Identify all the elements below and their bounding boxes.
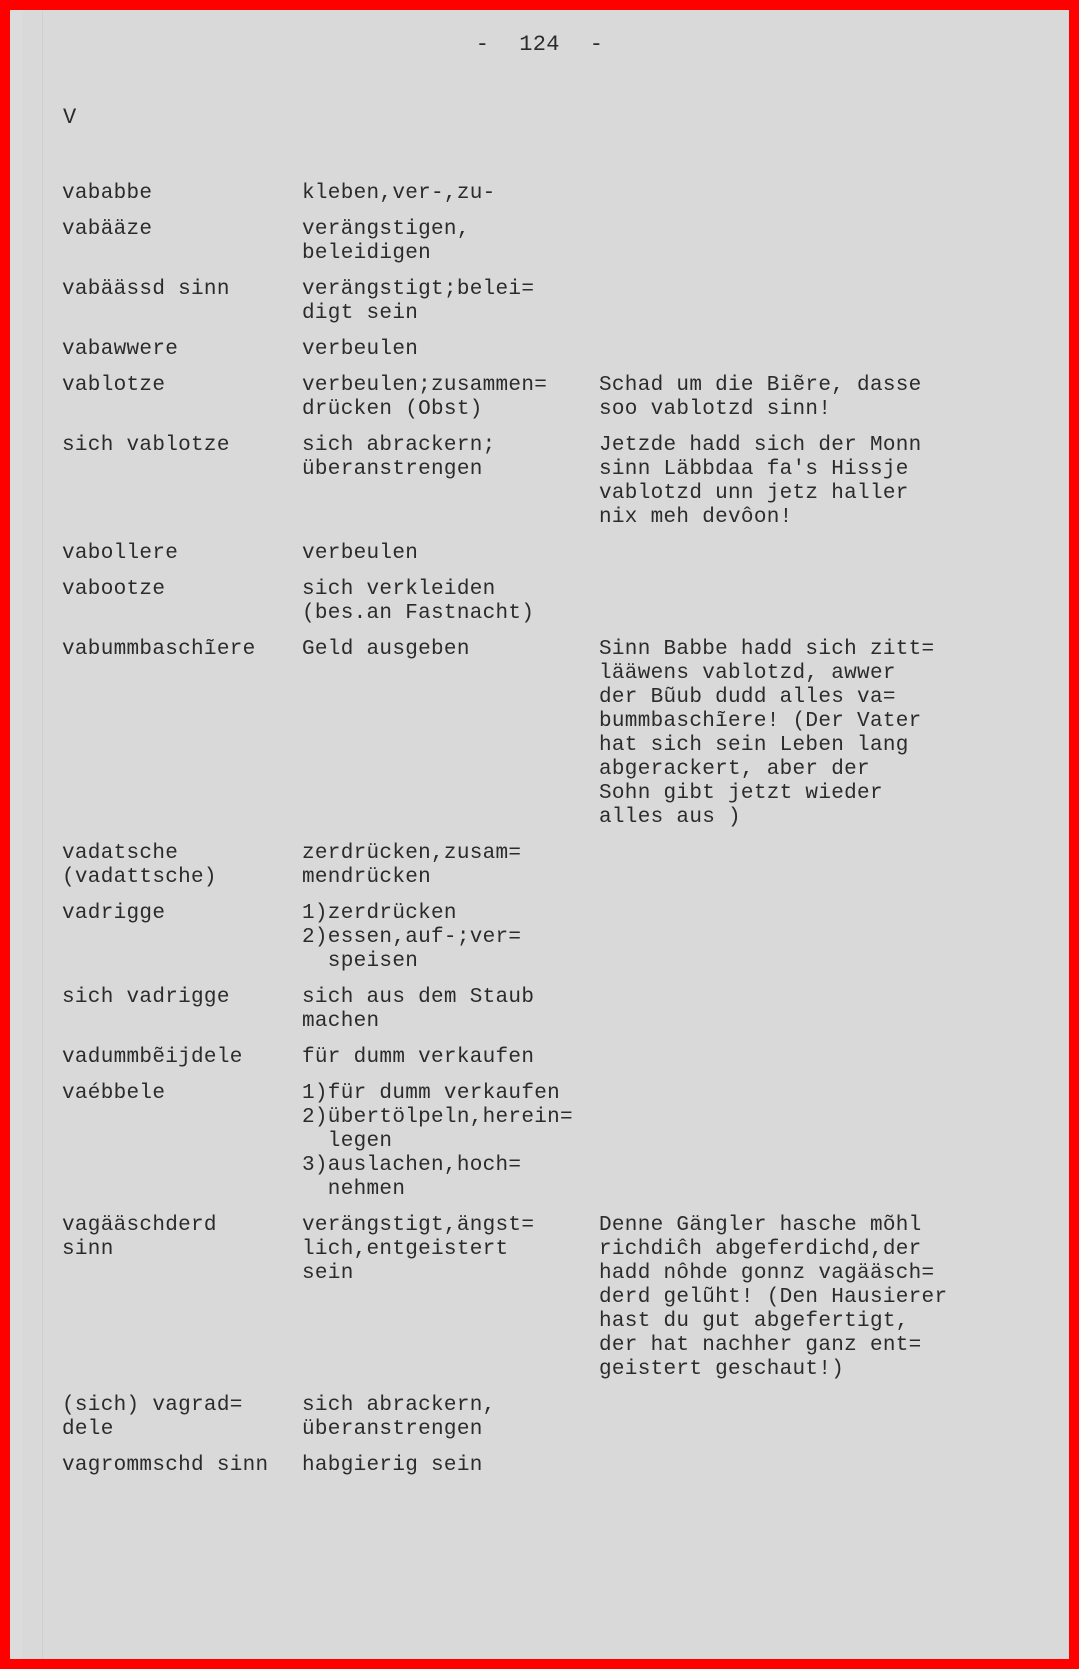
entry-headword-line: vaébbele <box>62 1082 302 1106</box>
entry-headword: vadatsche(vadattsche) <box>62 842 302 890</box>
entry-definition-line: verängstigt;belei= <box>302 278 599 302</box>
entry-definition-line: verängstigen, <box>302 218 599 242</box>
entry-headword-line: vagääschderd <box>62 1214 302 1238</box>
entry-headword-line: vabummbaschĩere <box>62 638 302 662</box>
dictionary-entry: vadatsche(vadattsche)zerdrücken,zusam=me… <box>62 842 1062 890</box>
entry-example <box>599 1046 999 1070</box>
entry-example <box>599 218 999 266</box>
entry-definition: verbeulen <box>302 542 599 566</box>
entry-example <box>599 542 999 566</box>
entry-definition-line: sich abrackern; <box>302 434 599 458</box>
entry-definition-line: mendrücken <box>302 866 599 890</box>
dictionary-entry: vababbekleben,ver-,zu- <box>62 182 1062 206</box>
entry-definition-line: speisen <box>302 950 599 974</box>
entry-example <box>599 182 999 206</box>
entry-definition-line: drücken (Obst) <box>302 398 599 422</box>
entry-definition-line: 1)für dumm verkaufen <box>302 1082 599 1106</box>
entry-headword-line: (vadattsche) <box>62 866 302 890</box>
entry-example-line: vablotzd unn jetz haller <box>599 482 999 506</box>
entry-definition-line: lich,entgeistert <box>302 1238 599 1262</box>
entry-example: Sinn Babbe hadd sich zitt=lääwens vablot… <box>599 638 999 830</box>
entry-definition: verbeulen;zusammen=drücken (Obst) <box>302 374 599 422</box>
entry-example-line: Schad um die Biẽre, dasse <box>599 374 999 398</box>
entry-headword: vabawwere <box>62 338 302 362</box>
dictionary-entry: vabääzeverängstigen,beleidigen <box>62 218 1062 266</box>
entry-example-line: Denne Gängler hasche mõhl <box>599 1214 999 1238</box>
entry-example <box>599 986 999 1034</box>
entry-example-line: hast du gut abgefertigt, <box>599 1310 999 1334</box>
page-number-dash-left: - <box>476 33 490 57</box>
entry-headword-line: vabollere <box>62 542 302 566</box>
entry-example-line: derd gelũht! (Den Hausierer <box>599 1286 999 1310</box>
dictionary-entry: vabootzesich verkleiden(bes.an Fastnacht… <box>62 578 1062 626</box>
entry-example-line: geistert geschaut!) <box>599 1358 999 1382</box>
entry-definition-line: überanstrengen <box>302 458 599 482</box>
page-number: 124 <box>519 32 560 57</box>
entry-definition: verängstigt,ängst=lich,entgeistertsein <box>302 1214 599 1382</box>
entry-headword: vadummbẽijdele <box>62 1046 302 1070</box>
dictionary-entry: vabawwereverbeulen <box>62 338 1062 362</box>
entry-definition-line: kleben,ver-,zu- <box>302 182 599 206</box>
entry-definition: habgierig sein <box>302 1454 599 1478</box>
entry-definition-line: sich abrackern, <box>302 1394 599 1418</box>
entry-headword: sich vablotze <box>62 434 302 530</box>
entry-example <box>599 1394 999 1442</box>
entry-definition-line: verbeulen <box>302 338 599 362</box>
entry-definition: für dumm verkaufen <box>302 1046 599 1070</box>
entry-example: Jetzde hadd sich der Monnsinn Läbbdaa fa… <box>599 434 999 530</box>
entry-example <box>599 1454 999 1478</box>
entry-headword-line: vabääze <box>62 218 302 242</box>
dictionary-entry: sich vadriggesich aus dem Staubmachen <box>62 986 1062 1034</box>
entry-headword-line: vabäässd sinn <box>62 278 302 302</box>
entry-headword: vadrigge <box>62 902 302 974</box>
entry-headword: vagääschderdsinn <box>62 1214 302 1382</box>
entry-headword-line: dele <box>62 1418 302 1442</box>
entry-example-line: hadd nôhde gonnz vagääsch= <box>599 1262 999 1286</box>
entry-headword-line: vadummbẽijdele <box>62 1046 302 1070</box>
entry-definition-line: verängstigt,ängst= <box>302 1214 599 1238</box>
entry-headword-line: (sich) vagrad= <box>62 1394 302 1418</box>
dictionary-entry: (sich) vagrad=delesich abrackern,überans… <box>62 1394 1062 1442</box>
entry-definition-line: Geld ausgeben <box>302 638 599 662</box>
entry-example <box>599 338 999 362</box>
entry-example-line: der Bũub dudd alles va= <box>599 686 999 710</box>
entry-definition: sich aus dem Staubmachen <box>302 986 599 1034</box>
entry-definition-line: verbeulen;zusammen= <box>302 374 599 398</box>
dictionary-entry: vadummbẽijdelefür dumm verkaufen <box>62 1046 1062 1070</box>
entry-headword-line: vadrigge <box>62 902 302 926</box>
entry-definition: zerdrücken,zusam=mendrücken <box>302 842 599 890</box>
entry-definition: verbeulen <box>302 338 599 362</box>
entry-definition: 1)für dumm verkaufen2)übertölpeln,herein… <box>302 1082 599 1202</box>
dictionary-entry: vaébbele1)für dumm verkaufen2)übertölpel… <box>62 1082 1062 1202</box>
dictionary-entry: sich vablotzesich abrackern;überanstreng… <box>62 434 1062 530</box>
entry-definition-line: machen <box>302 1010 599 1034</box>
entry-headword: vagrommschd sinn <box>62 1454 302 1478</box>
entry-definition-line: verbeulen <box>302 542 599 566</box>
entry-headword: vabootze <box>62 578 302 626</box>
dictionary-entry: vabollereverbeulen <box>62 542 1062 566</box>
dictionary-entry: vablotzeverbeulen;zusammen=drücken (Obst… <box>62 374 1062 422</box>
dictionary-entry: vagrommschd sinnhabgierig sein <box>62 1454 1062 1478</box>
entry-definition: verängstigen,beleidigen <box>302 218 599 266</box>
entry-definition-line: sein <box>302 1262 599 1286</box>
entry-headword: vabäässd sinn <box>62 278 302 326</box>
entry-definition: sich abrackern,überanstrengen <box>302 1394 599 1442</box>
entry-headword: vababbe <box>62 182 302 206</box>
entry-definition-line: sich verkleiden <box>302 578 599 602</box>
entry-example-line: sinn Läbbdaa fa's Hissje <box>599 458 999 482</box>
entry-definition-line: legen <box>302 1130 599 1154</box>
entry-example-line: soo vablotzd sinn! <box>599 398 999 422</box>
entry-definition-line: 2)essen,auf-;ver= <box>302 926 599 950</box>
entry-definition-line: 1)zerdrücken <box>302 902 599 926</box>
entry-definition-line: für dumm verkaufen <box>302 1046 599 1070</box>
entry-definition: 1)zerdrücken2)essen,auf-;ver= speisen <box>302 902 599 974</box>
entry-example <box>599 1082 999 1202</box>
page-number-dash-right: - <box>590 33 604 57</box>
entry-headword: vabääze <box>62 218 302 266</box>
entry-headword-line: vabootze <box>62 578 302 602</box>
dictionary-entry: vabäässd sinnverängstigt;belei=digt sein <box>62 278 1062 326</box>
entry-example-line: nix meh devôon! <box>599 506 999 530</box>
entry-definition: kleben,ver-,zu- <box>302 182 599 206</box>
entry-headword: sich vadrigge <box>62 986 302 1034</box>
entry-example-line: richdiĉh abgeferdichd,der <box>599 1238 999 1262</box>
entry-headword-line: sich vablotze <box>62 434 302 458</box>
entry-example-line: abgerackert, aber der <box>599 758 999 782</box>
entry-example-line: bummbaschĩere! (Der Vater <box>599 710 999 734</box>
entry-definition-line: habgierig sein <box>302 1454 599 1478</box>
entry-headword-line: sinn <box>62 1238 302 1262</box>
entry-example-line: der hat nachher ganz ent= <box>599 1334 999 1358</box>
entry-definition-line: zerdrücken,zusam= <box>302 842 599 866</box>
entry-example-line: lääwens vablotzd, awwer <box>599 662 999 686</box>
entry-headword: vabummbaschĩere <box>62 638 302 830</box>
entry-example <box>599 842 999 890</box>
entry-example <box>599 278 999 326</box>
entry-definition-line: digt sein <box>302 302 599 326</box>
entry-example-line: alles aus ) <box>599 806 999 830</box>
document-page: -124- V vababbekleben,ver-,zu-vabääzever… <box>10 10 1069 1659</box>
entry-definition-line: beleidigen <box>302 242 599 266</box>
dictionary-entries: vababbekleben,ver-,zu-vabääzeverängstige… <box>62 182 1062 1490</box>
entry-example: Denne Gängler hasche mõhlrichdiĉh abgefe… <box>599 1214 999 1382</box>
entry-definition-line: sich aus dem Staub <box>302 986 599 1010</box>
entry-headword: vablotze <box>62 374 302 422</box>
entry-example-line: Sinn Babbe hadd sich zitt= <box>599 638 999 662</box>
entry-definition: sich abrackern;überanstrengen <box>302 434 599 530</box>
entry-example <box>599 902 999 974</box>
entry-headword-line: vagrommschd sinn <box>62 1454 302 1478</box>
entry-example-line: Sohn gibt jetzt wieder <box>599 782 999 806</box>
entry-definition-line: 2)übertölpeln,herein= <box>302 1106 599 1130</box>
entry-example-line: Jetzde hadd sich der Monn <box>599 434 999 458</box>
entry-definition-line: 3)auslachen,hoch= <box>302 1154 599 1178</box>
entry-headword: (sich) vagrad=dele <box>62 1394 302 1442</box>
entry-example: Schad um die Biẽre, dassesoo vablotzd si… <box>599 374 999 422</box>
entry-definition: verängstigt;belei=digt sein <box>302 278 599 326</box>
entry-definition-line: nehmen <box>302 1178 599 1202</box>
entry-headword-line: vabawwere <box>62 338 302 362</box>
entry-definition: Geld ausgeben <box>302 638 599 830</box>
entry-example <box>599 578 999 626</box>
dictionary-entry: vabummbaschĩereGeld ausgebenSinn Babbe h… <box>62 638 1062 830</box>
entry-headword-line: sich vadrigge <box>62 986 302 1010</box>
page-number-header: -124- <box>10 33 1069 57</box>
entry-example-line: hat sich sein Leben lang <box>599 734 999 758</box>
section-letter: V <box>63 106 77 130</box>
dictionary-entry: vagääschderdsinnverängstigt,ängst=lich,e… <box>62 1214 1062 1382</box>
entry-definition-line: (bes.an Fastnacht) <box>302 602 599 626</box>
entry-headword-line: vadatsche <box>62 842 302 866</box>
entry-headword-line: vablotze <box>62 374 302 398</box>
entry-headword: vabollere <box>62 542 302 566</box>
entry-headword: vaébbele <box>62 1082 302 1202</box>
dictionary-entry: vadrigge1)zerdrücken2)essen,auf-;ver= sp… <box>62 902 1062 974</box>
entry-definition-line: überanstrengen <box>302 1418 599 1442</box>
entry-definition: sich verkleiden(bes.an Fastnacht) <box>302 578 599 626</box>
entry-headword-line: vababbe <box>62 182 302 206</box>
